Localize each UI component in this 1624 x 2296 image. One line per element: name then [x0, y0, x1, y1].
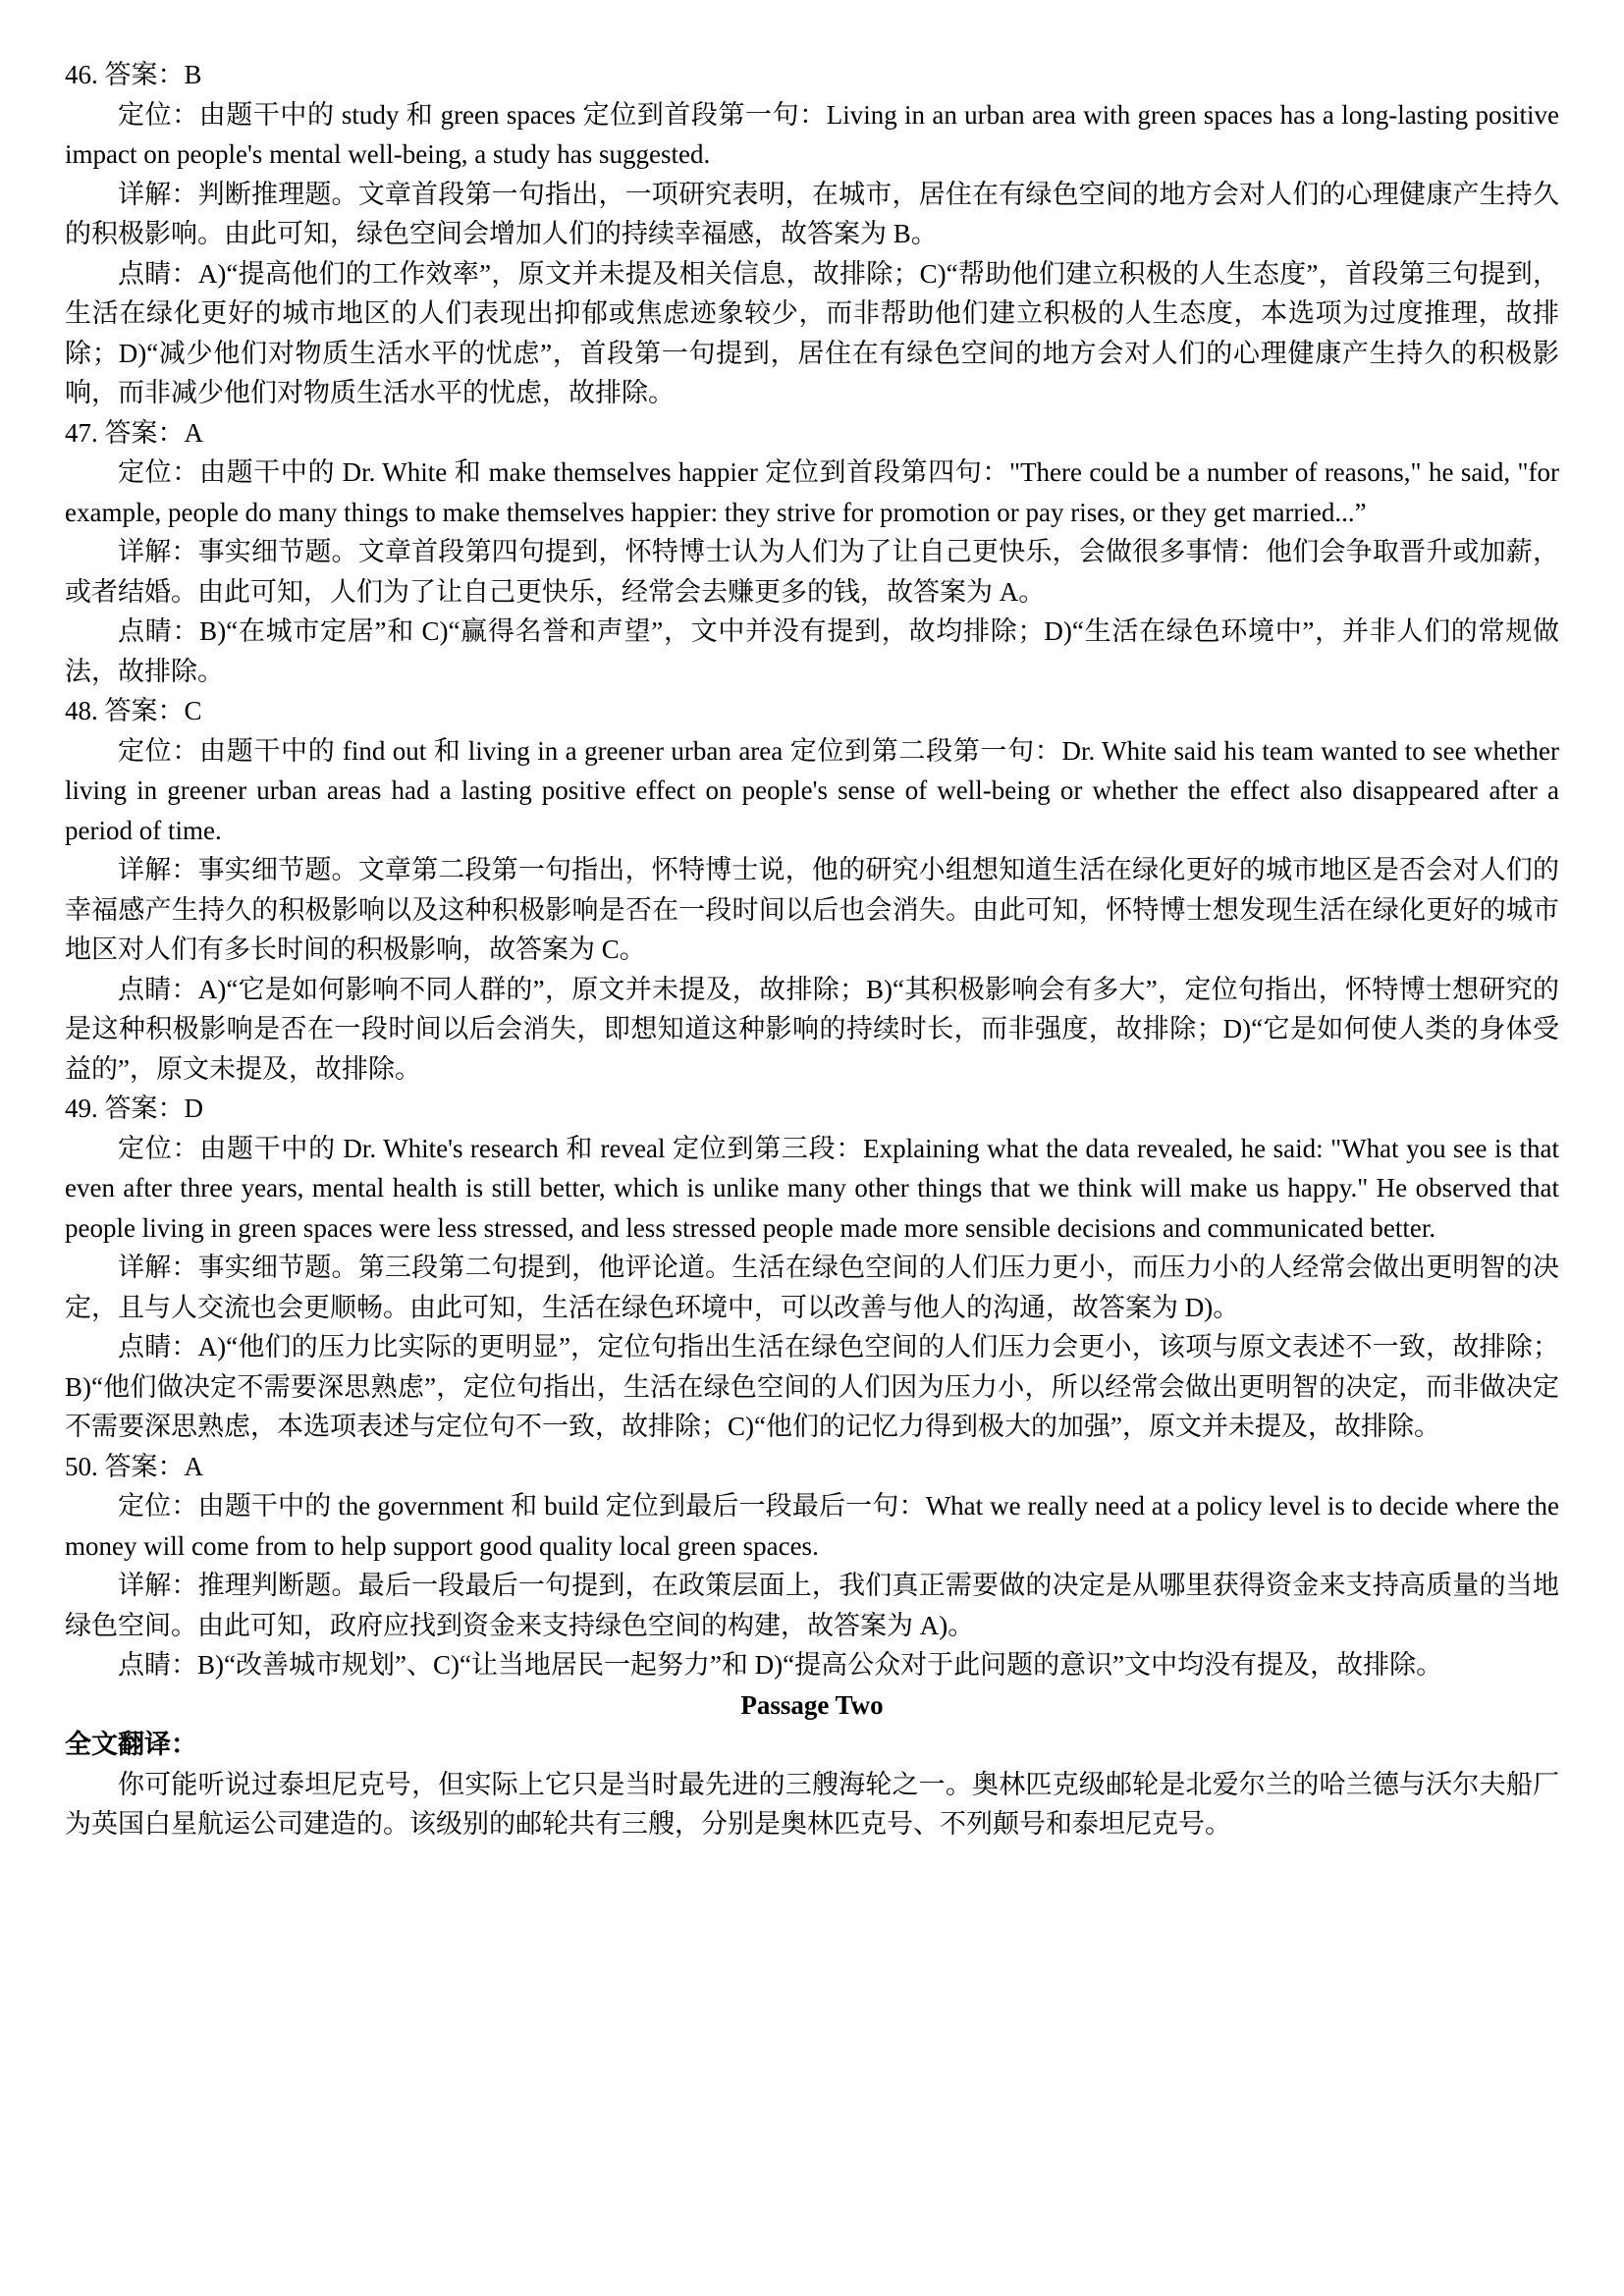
answer-50-location: 定位：由题干中的 the government 和 build 定位到最后一段最… — [65, 1486, 1559, 1566]
answer-46-tips: 点睛：A)“提高他们的工作效率”，原文并未提及相关信息，故排除；C)“帮助他们建… — [65, 254, 1559, 413]
answer-46-location: 定位：由题干中的 study 和 green spaces 定位到首段第一句：L… — [65, 95, 1559, 175]
answer-48-number-line: 48. 答案：C — [65, 691, 1559, 731]
passage-two-section: Passage Two 全文翻译： 你可能听说过泰坦尼克号，但实际上它只是当时最… — [65, 1685, 1559, 1844]
answer-48-location: 定位：由题干中的 find out 和 living in a greener … — [65, 731, 1559, 851]
answer-47-explanation: 详解：事实细节题。文章首段第四句提到，怀特博士认为人们为了让自己更快乐，会做很多… — [65, 532, 1559, 612]
answer-47-location: 定位：由题干中的 Dr. White 和 make themselves hap… — [65, 453, 1559, 532]
answer-49-number-line: 49. 答案：D — [65, 1089, 1559, 1129]
answer-47-number-line: 47. 答案：A — [65, 413, 1559, 454]
answer-48-explanation: 详解：事实细节题。文章第二段第一句指出，怀特博士说，他的研究小组想知道生活在绿化… — [65, 850, 1559, 970]
answer-46-explanation: 详解：判断推理题。文章首段第一句指出，一项研究表明，在城市，居住在有绿色空间的地… — [65, 175, 1559, 254]
answer-block-50: 50. 答案：A 定位：由题干中的 the government 和 build… — [65, 1447, 1559, 1685]
answer-block-49: 49. 答案：D 定位：由题干中的 Dr. White's research 和… — [65, 1089, 1559, 1447]
answer-50-explanation: 详解：推理判断题。最后一段最后一句提到，在政策层面上，我们真正需要做的决定是从哪… — [65, 1566, 1559, 1645]
translation-label: 全文翻译： — [65, 1725, 1559, 1765]
answer-49-tips: 点睛：A)“他们的压力比实际的更明显”，定位句指出生活在绿色空间的人们压力会更小… — [65, 1327, 1559, 1447]
answer-47-tips: 点睛：B)“在城市定居”和 C)“赢得名誉和声望”，文中并没有提到，故均排除；D… — [65, 612, 1559, 691]
document-page: 46. 答案：B 定位：由题干中的 study 和 green spaces 定… — [0, 0, 1624, 2296]
answer-block-46: 46. 答案：B 定位：由题干中的 study 和 green spaces 定… — [65, 55, 1559, 413]
answer-48-tips: 点睛：A)“它是如何影响不同人群的”，原文并未提及，故排除；B)“其积极影响会有… — [65, 970, 1559, 1090]
answer-49-explanation: 详解：事实细节题。第三段第二句提到，他评论道。生活在绿色空间的人们压力更小，而压… — [65, 1248, 1559, 1327]
answer-50-tips: 点睛：B)“改善城市规划”、C)“让当地居民一起努力”和 D)“提高公众对于此问… — [65, 1645, 1559, 1685]
translation-paragraph: 你可能听说过泰坦尼克号，但实际上它只是当时最先进的三艘海轮之一。奥林匹克级邮轮是… — [65, 1765, 1559, 1844]
answer-block-47: 47. 答案：A 定位：由题干中的 Dr. White 和 make thems… — [65, 413, 1559, 692]
answer-49-location: 定位：由题干中的 Dr. White's research 和 reveal 定… — [65, 1129, 1559, 1249]
answer-46-number-line: 46. 答案：B — [65, 55, 1559, 95]
answer-50-number-line: 50. 答案：A — [65, 1447, 1559, 1487]
answer-block-48: 48. 答案：C 定位：由题干中的 find out 和 living in a… — [65, 691, 1559, 1089]
passage-two-heading: Passage Two — [65, 1685, 1559, 1726]
